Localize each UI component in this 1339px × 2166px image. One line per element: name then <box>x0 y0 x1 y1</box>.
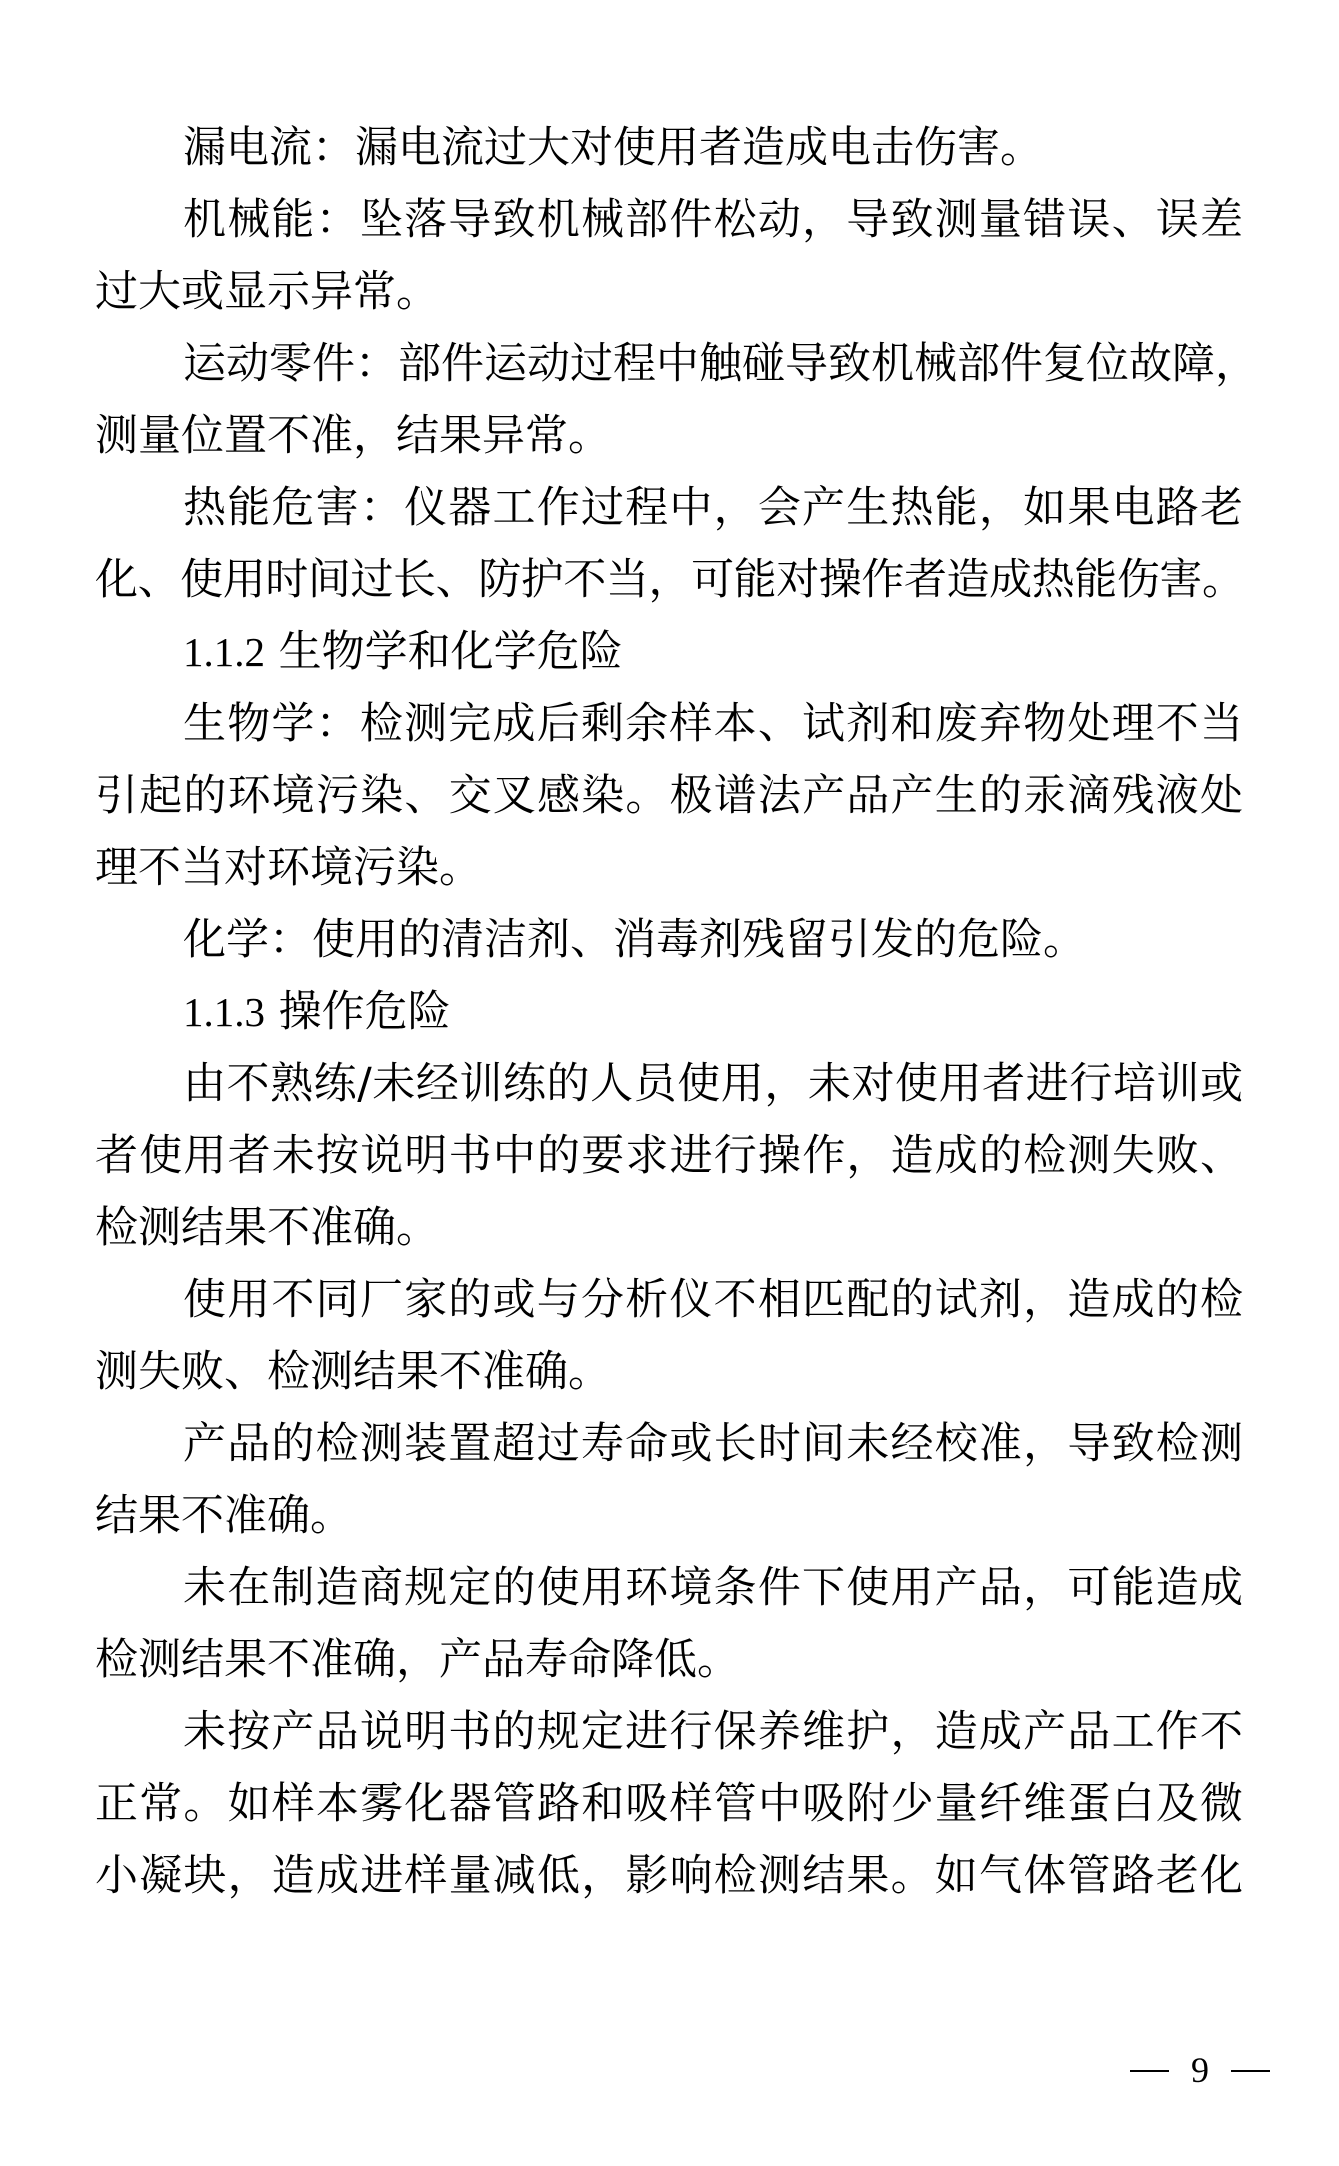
paragraph-thermal-hazard: 热能危害：仪器工作过程中，会产生热能，如果电路老 <box>95 472 1243 544</box>
section-title: 生物学和化学危险 <box>279 627 623 677</box>
document-page: 漏电流：漏电流过大对使用者造成电击伤害。 机械能：坠落导致机械部件松动，导致测量… <box>0 0 1339 2166</box>
paragraph-calibration: 产品的检测装置超过寿命或长时间未经校准，导致检测 <box>95 1408 1243 1480</box>
paragraph-calibration-cont: 结果不准确。 <box>95 1480 1243 1552</box>
section-heading-1-1-3: 1.1.3 操作危险 <box>95 976 1243 1048</box>
paragraph-biological-cont-1: 引起的环境污染、交叉感染。极谱法产品产生的汞滴残液处 <box>95 760 1243 832</box>
section-number: 1.1.2 <box>183 629 265 675</box>
paragraph-environment: 未在制造商规定的使用环境条件下使用产品，可能造成 <box>95 1552 1243 1624</box>
paragraph-chemical: 化学：使用的清洁剂、消毒剂残留引发的危险。 <box>95 904 1243 976</box>
section-number: 1.1.3 <box>183 989 265 1035</box>
paragraph-mismatched-reagents-cont: 测失败、检测结果不准确。 <box>95 1336 1243 1408</box>
paragraph-moving-parts-cont: 测量位置不准，结果异常。 <box>95 400 1243 472</box>
paragraph-biological: 生物学：检测完成后剩余样本、试剂和废弃物处理不当 <box>95 688 1243 760</box>
paragraph-maintenance-cont-2: 小凝块，造成进样量减低，影响检测结果。如气体管路老化 <box>95 1840 1243 1912</box>
dash-right-icon <box>1231 2070 1270 2072</box>
body-text: 漏电流：漏电流过大对使用者造成电击伤害。 机械能：坠落导致机械部件松动，导致测量… <box>95 112 1243 1912</box>
page-number: 9 <box>1120 2046 1280 2094</box>
paragraph-maintenance-cont-1: 正常。如样本雾化器管路和吸样管中吸附少量纤维蛋白及微 <box>95 1768 1243 1840</box>
paragraph-untrained-users-cont-1: 者使用者未按说明书中的要求进行操作，造成的检测失败、 <box>95 1120 1243 1192</box>
paragraph-mismatched-reagents: 使用不同厂家的或与分析仪不相匹配的试剂，造成的检 <box>95 1264 1243 1336</box>
paragraph-environment-cont: 检测结果不准确，产品寿命降低。 <box>95 1624 1243 1696</box>
dash-left-icon <box>1130 2070 1169 2072</box>
page-number-value: 9 <box>1191 2049 1209 2091</box>
paragraph-untrained-users: 由不熟练/未经训练的人员使用，未对使用者进行培训或 <box>95 1048 1243 1120</box>
paragraph-maintenance: 未按产品说明书的规定进行保养维护，造成产品工作不 <box>95 1696 1243 1768</box>
paragraph-moving-parts: 运动零件：部件运动过程中触碰导致机械部件复位故障， <box>95 328 1243 400</box>
paragraph-thermal-hazard-cont: 化、使用时间过长、防护不当，可能对操作者造成热能伤害。 <box>95 544 1243 616</box>
section-title: 操作危险 <box>279 987 451 1037</box>
paragraph-biological-cont-2: 理不当对环境污染。 <box>95 832 1243 904</box>
paragraph-mechanical-energy: 机械能：坠落导致机械部件松动，导致测量错误、误差 <box>95 184 1243 256</box>
section-heading-1-1-2: 1.1.2 生物学和化学危险 <box>95 616 1243 688</box>
paragraph-leakage-current: 漏电流：漏电流过大对使用者造成电击伤害。 <box>95 112 1243 184</box>
paragraph-mechanical-energy-cont: 过大或显示异常。 <box>95 256 1243 328</box>
paragraph-untrained-users-cont-2: 检测结果不准确。 <box>95 1192 1243 1264</box>
